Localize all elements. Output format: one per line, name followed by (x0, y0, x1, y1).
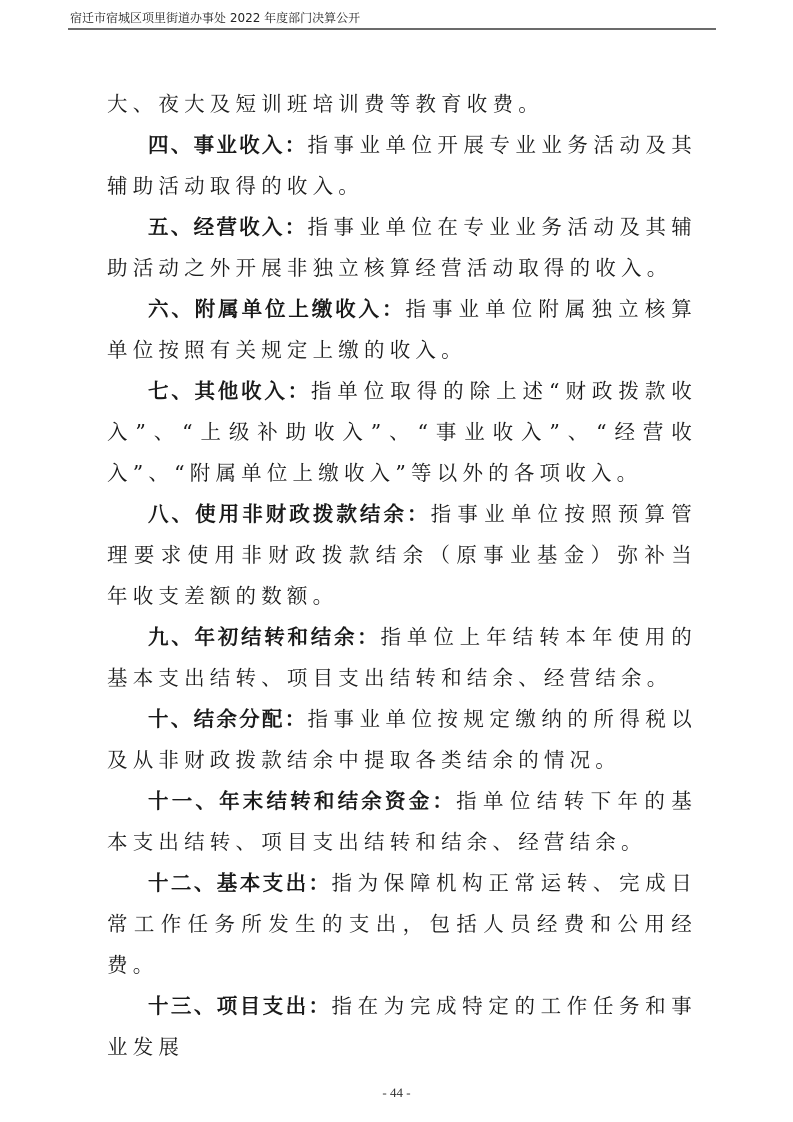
term-heading: 五、经营收入： (148, 215, 308, 239)
paragraph-continuation: 大、夜大及短训班培训费等教育收费。 (107, 84, 697, 125)
term-heading: 八、使用非财政拨款结余： (148, 502, 431, 526)
paragraph-business-income: 四、事业收入：指事业单位开展专业业务活动及其辅助活动取得的收入。 (107, 125, 697, 207)
term-heading: 十三、项目支出： (148, 994, 332, 1018)
paragraph-body: 大、夜大及短训班培训费等教育收费。 (107, 92, 544, 116)
term-heading: 七、其他收入： (148, 379, 311, 403)
term-heading: 九、年初结转和结余： (148, 625, 380, 649)
paragraph-non-fiscal-balance: 八、使用非财政拨款结余：指事业单位按照预算管理要求使用非财政拨款结余（原事业基金… (107, 494, 697, 617)
paragraph-opening-carryover: 九、年初结转和结余：指单位上年结转本年使用的基本支出结转、项目支出结转和结余、经… (107, 617, 697, 699)
header-divider (68, 28, 716, 30)
page-number: - 44 - (0, 1085, 793, 1101)
term-heading: 十二、基本支出： (148, 871, 332, 895)
paragraph-project-expenditure: 十三、项目支出：指在为完成特定的工作任务和事业发展 (107, 986, 697, 1068)
term-heading: 六、附属单位上缴收入： (148, 297, 405, 321)
paragraph-affiliated-income: 六、附属单位上缴收入：指事业单位附属独立核算单位按照有关规定上缴的收入。 (107, 289, 697, 371)
term-heading: 四、事业收入： (148, 133, 308, 157)
paragraph-operating-income: 五、经营收入：指事业单位在专业业务活动及其辅助活动之外开展非独立核算经营活动取得… (107, 207, 697, 289)
paragraph-balance-distribution: 十、结余分配：指事业单位按规定缴纳的所得税以及从非财政拨款结余中提取各类结余的情… (107, 699, 697, 781)
paragraph-basic-expenditure: 十二、基本支出：指为保障机构正常运转、完成日常工作任务所发生的支出，包括人员经费… (107, 863, 697, 986)
term-heading: 十一、年末结转和结余资金： (148, 789, 456, 813)
paragraph-closing-carryover: 十一、年末结转和结余资金：指单位结转下年的基本支出结转、项目支出结转和结余、经营… (107, 781, 697, 863)
paragraph-other-income: 七、其他收入：指单位取得的除上述“财政拨款收入”、“上级补助收入”、“事业收入”… (107, 371, 697, 494)
header-title: 宿迁市宿城区项里街道办事处 2022 年度部门决算公开 (70, 9, 360, 26)
document-body: 大、夜大及短训班培训费等教育收费。 四、事业收入：指事业单位开展专业业务活动及其… (107, 84, 697, 1068)
term-heading: 十、结余分配： (148, 707, 308, 731)
